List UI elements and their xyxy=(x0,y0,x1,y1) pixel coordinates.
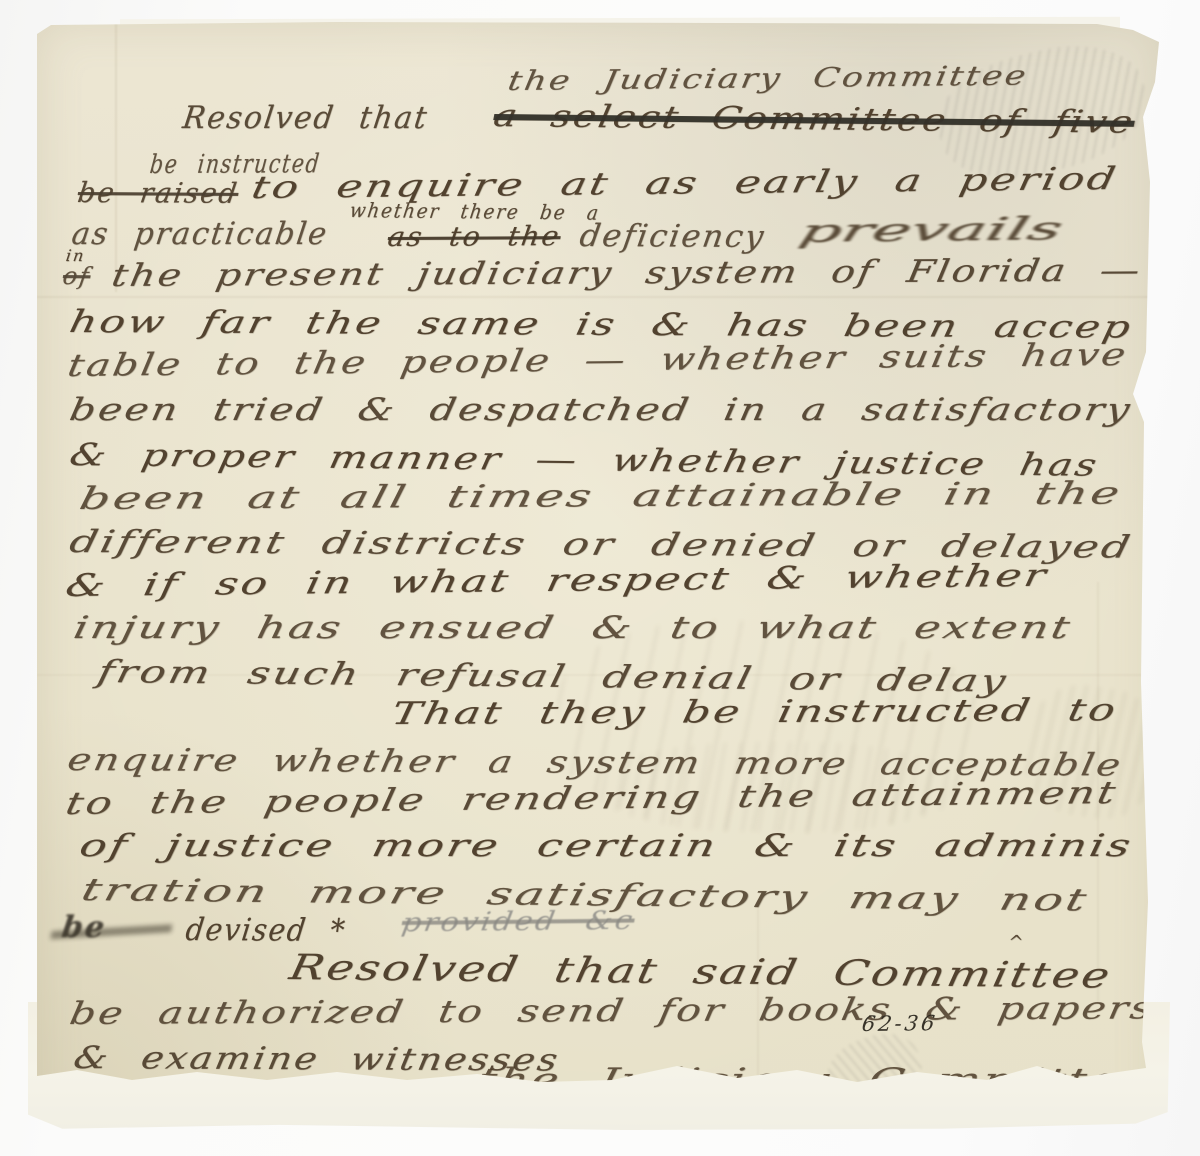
handwriting-layer: the Judiciary CommitteeResolved thata se… xyxy=(37,22,1159,1128)
handwritten-line: & if so in what respect & whether xyxy=(63,558,1052,604)
handwritten-line: deficiency xyxy=(577,218,767,255)
handwritten-line: be xyxy=(60,910,109,945)
handwritten-line: been tried & despatched in a satisfactor… xyxy=(67,392,1135,428)
scan-background: { "document": { "kind": "handwritten man… xyxy=(0,0,1200,1156)
handwritten-line: be authorized to send for books & papers xyxy=(67,990,1157,1032)
handwritten-line: the present judiciary system of Florida … xyxy=(109,253,1145,294)
handwritten-line: table to the people — whether suits have xyxy=(65,337,1131,384)
handwritten-line: devised * xyxy=(184,912,349,949)
handwritten-line: ^ xyxy=(1007,932,1027,953)
handwritten-line: prevails xyxy=(795,211,1067,250)
handwritten-line: 62-36 xyxy=(860,1011,939,1036)
handwritten-line: That they be instructed to xyxy=(389,692,1121,732)
handwritten-line: injury has ensued & to what extent xyxy=(70,610,1075,646)
handwritten-line: the Judiciary Committee xyxy=(505,61,1030,98)
handwritten-line-struck: be raised xyxy=(76,176,241,210)
handwritten-line: as practicable xyxy=(70,216,331,252)
handwritten-line-struck: a select Committee of five xyxy=(491,98,1138,141)
handwritten-line-struck: provided &c xyxy=(400,906,637,938)
handwritten-line: of justice more certain & its adminis xyxy=(76,828,1136,864)
handwritten-line: Resolved that xyxy=(181,100,431,136)
handwritten-line-struck: as to the xyxy=(386,221,563,253)
handwritten-line: Resolved that said Committee xyxy=(286,948,1115,997)
manuscript-page: the Judiciary CommitteeResolved thata se… xyxy=(37,22,1159,1128)
handwritten-line: to the people rendering the attainment xyxy=(63,775,1121,822)
handwritten-line: been at all times attainable in the xyxy=(76,476,1125,517)
handwritten-line-struck: of xyxy=(61,262,93,290)
